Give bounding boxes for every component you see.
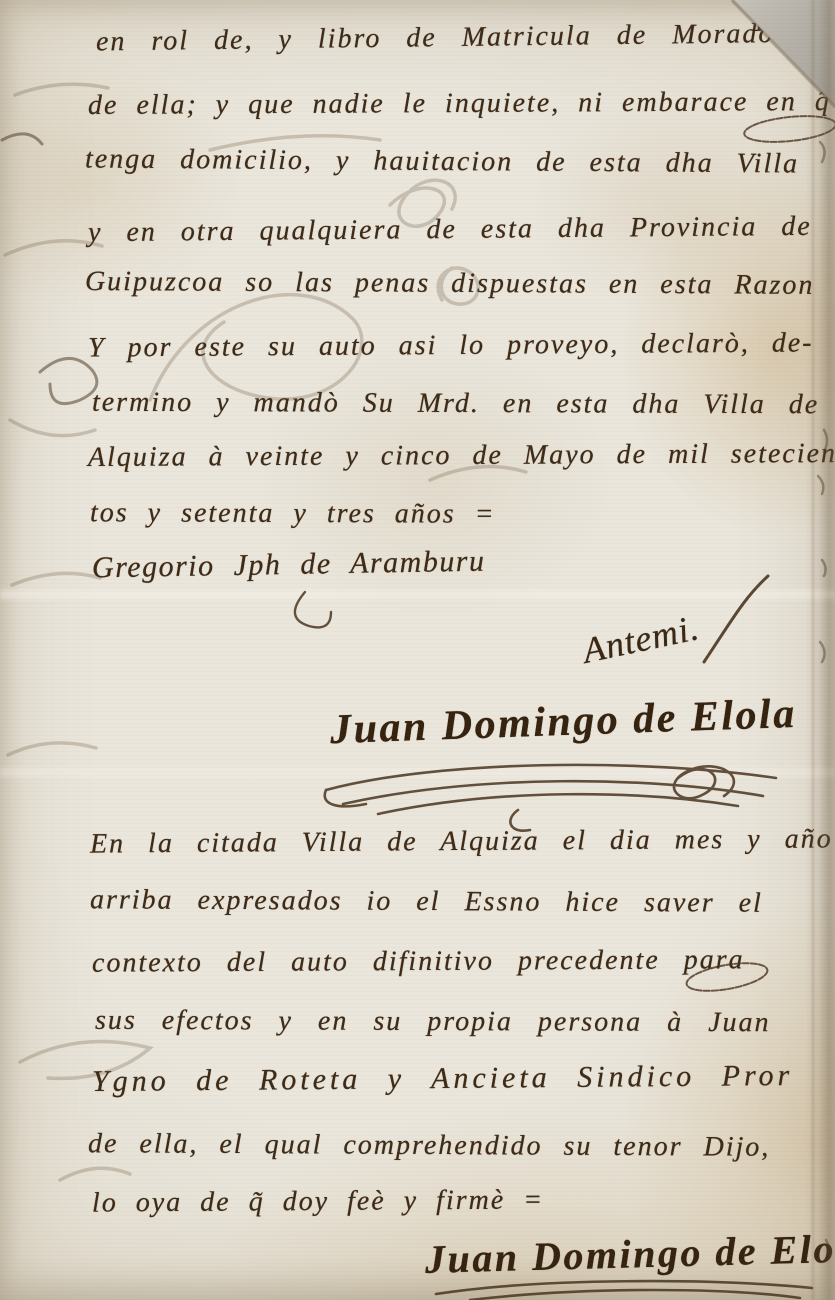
manuscript-line: Alquiza à veinte y cinco de Mayo de mil … [88, 438, 835, 474]
signature-rubric-1 [318, 748, 798, 833]
ante-mi-flourish [698, 572, 778, 667]
manuscript-line: de ella, el qual comprehendido su tenor … [88, 1128, 770, 1164]
manuscript-line: Y por este su auto asi lo proveyo, decla… [88, 327, 814, 364]
signature-rubric-2 [430, 1278, 820, 1300]
inked-oval-mark [682, 960, 772, 994]
attestation-name: Gregorio Jph de Aramburu [92, 545, 486, 586]
page-right-edge-shadow [805, 0, 835, 1300]
margin-ink-flourish [40, 358, 97, 403]
manuscript-line: sus efectos y en su propia persona à Jua… [95, 1005, 771, 1039]
manuscript-line: de ella; y que nadie le inquiete, ni emb… [88, 86, 831, 122]
bleedthrough-stroke [12, 573, 100, 585]
manuscript-line: termino y mandò Su Mrd. en esta dha Vill… [92, 387, 819, 422]
manuscript-line: y en otra qualquiera de esta dha Provinc… [88, 211, 812, 249]
manuscript-line: lo oya de q̃ doy feè y firmè = [92, 1184, 544, 1219]
manuscript-line: En la citada Villa de Alquiza el dia mes… [90, 823, 833, 860]
manuscript-line: Ygno de Roteta y Ancieta Sindico Pror [92, 1059, 794, 1099]
manuscript-line: arriba expresados io el Essno hice saver… [90, 884, 763, 920]
manuscript-line: tos y setenta y tres años = [90, 497, 496, 530]
bleedthrough-stroke [8, 743, 96, 755]
page-right-edge-crease [812, 0, 814, 1300]
manuscript-line: tenga domicilio, y hauitacion de esta dh… [85, 144, 799, 181]
bleedthrough-stroke [60, 1168, 130, 1180]
manuscript-line: contexto del auto difinitivo precedente … [92, 944, 745, 979]
manuscript-page: 14 en rol de, y libro de Matricula de Mo… [0, 0, 835, 1300]
margin-ink-flourish [2, 134, 42, 144]
bleedthrough-stroke [10, 420, 95, 436]
manuscript-line: Guipuzcoa so las penas dispuestas en est… [85, 266, 835, 302]
attestation-flourish [275, 588, 335, 638]
